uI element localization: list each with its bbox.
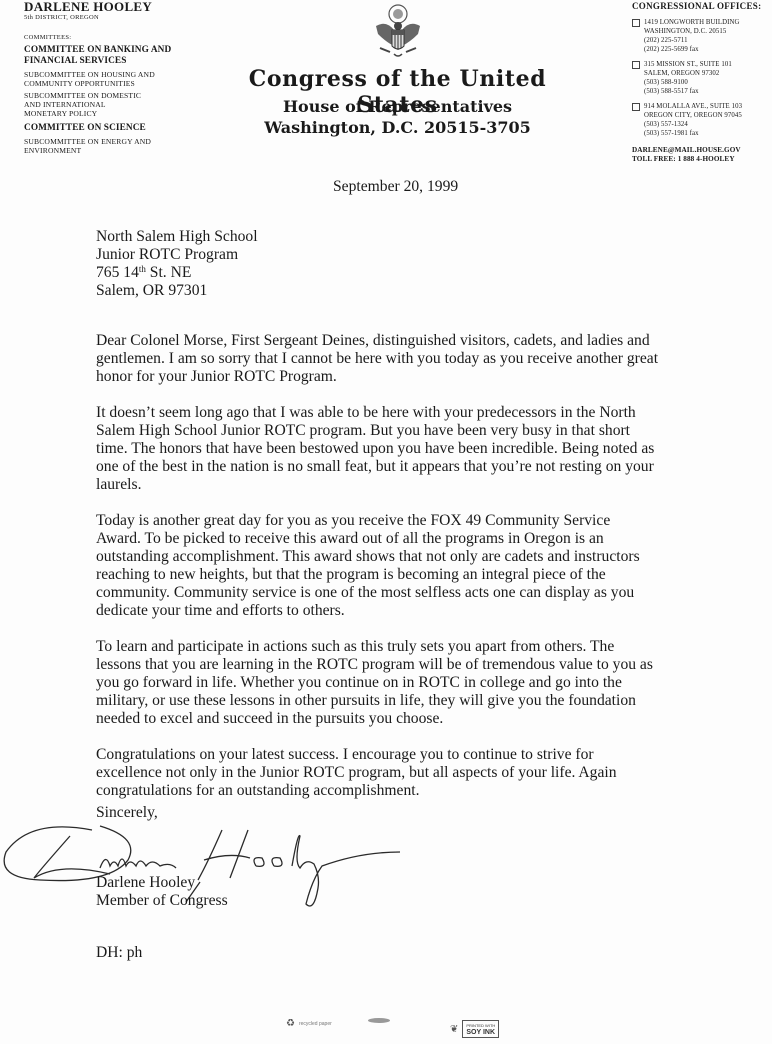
paragraph: Today is another great day for you as yo… [96,512,736,620]
office-fax: (202) 225-5699 fax [644,45,772,54]
offices-title: CONGRESSIONAL OFFICES: [632,0,772,12]
union-bug-mark [368,1018,390,1023]
recipient-address: North Salem High School Junior ROTC Prog… [96,228,258,300]
office-phone: (503) 588-9100 [644,78,772,87]
office-fax: (503) 557-1981 fax [644,129,772,138]
office-line: 315 MISSION ST., SUITE 101 [644,60,772,69]
signer-name: Darlene Hooley [96,874,228,892]
office-line: 1419 LONGWORTH BUILDING [644,18,772,27]
soy-ink-label: SOY INK [466,1029,495,1036]
letterhead-city: Washington, D.C. 20515-3705 [230,118,565,138]
subcommittee-name: SUBCOMMITTEE ON HOUSING AND COMMUNITY OP… [24,70,189,88]
office-line: OREGON CITY, OREGON 97045 [644,111,772,120]
member-name: DARLENE HOOLEY [24,0,224,14]
letterhead-left: DARLENE HOOLEY 5th DISTRICT, OREGON COMM… [24,0,224,155]
office-line: 914 MOLALLA AVE., SUITE 103 [644,102,772,111]
committee-name: COMMITTEE ON BANKING AND FINANCIAL SERVI… [24,45,174,67]
toll-free-number: TOLL FREE: 1 888 4-HOOLEY [632,155,772,164]
committee-name: COMMITTEE ON SCIENCE [24,123,224,134]
recycled-paper-mark: ♻ recycled paper [286,1018,332,1029]
checkbox-icon [632,19,640,27]
signer-title: Member of Congress [96,892,228,910]
member-district: 5th DISTRICT, OREGON [24,14,224,22]
office-address: 1419 LONGWORTH BUILDING WASHINGTON, D.C.… [632,18,772,54]
address-line: 765 14th St. NE [96,264,258,282]
checkbox-icon [632,61,640,69]
office-phone: (503) 557-1324 [644,120,772,129]
typist-initials: DH: ph [96,944,142,962]
letter-body: Dear Colonel Morse, First Sergeant Deine… [96,332,736,818]
closing: Sincerely, [96,804,158,822]
great-seal-eagle-icon [368,2,428,62]
address-line: Salem, OR 97301 [96,282,258,300]
soy-plant-icon: ❦ [450,1024,458,1035]
contact-info: DARLENE@MAIL.HOUSE.GOV TOLL FREE: 1 888 … [632,146,772,164]
letter-date: September 20, 1999 [333,178,458,196]
office-fax: (503) 588-5517 fax [644,87,772,96]
office-line: WASHINGTON, D.C. 20515 [644,27,772,36]
letterhead-subtitle: House of Representatives [230,97,565,117]
soy-printed-with: PRINTED WITH [466,1022,495,1029]
soy-ink-mark: ❦ PRINTED WITH SOY INK [450,1020,499,1038]
paragraph: Dear Colonel Morse, First Sergeant Deine… [96,332,736,386]
subcommittee-name: SUBCOMMITTEE ON DOMESTIC AND INTERNATION… [24,91,144,118]
subcommittee-name: SUBCOMMITTEE ON ENERGY AND ENVIRONMENT [24,137,164,155]
street-number: 765 14 [96,264,139,281]
office-address: 914 MOLALLA AVE., SUITE 103 OREGON CITY,… [632,102,772,138]
ordinal-suffix: th [139,264,146,274]
paragraph: To learn and participate in actions such… [96,638,736,728]
email-address: DARLENE@MAIL.HOUSE.GOV [632,146,772,155]
recycled-text: recycled paper [299,1021,332,1027]
recycle-icon: ♻ [286,1018,295,1029]
letterhead-right: CONGRESSIONAL OFFICES: 1419 LONGWORTH BU… [632,0,772,164]
street-name: St. NE [146,264,192,281]
checkbox-icon [632,103,640,111]
office-address: 315 MISSION ST., SUITE 101 SALEM, OREGON… [632,60,772,96]
address-line: Junior ROTC Program [96,246,258,264]
soy-ink-badge: PRINTED WITH SOY INK [462,1020,499,1038]
committees-label: COMMITTEES: [24,34,224,42]
signer-block: Darlene Hooley Member of Congress [96,874,228,910]
union-bug-icon [368,1018,390,1023]
address-line: North Salem High School [96,228,258,246]
office-phone: (202) 225-5711 [644,36,772,45]
paragraph: It doesn’t seem long ago that I was able… [96,404,736,494]
paragraph: Congratulations on your latest success. … [96,746,736,800]
office-line: SALEM, OREGON 97302 [644,69,772,78]
